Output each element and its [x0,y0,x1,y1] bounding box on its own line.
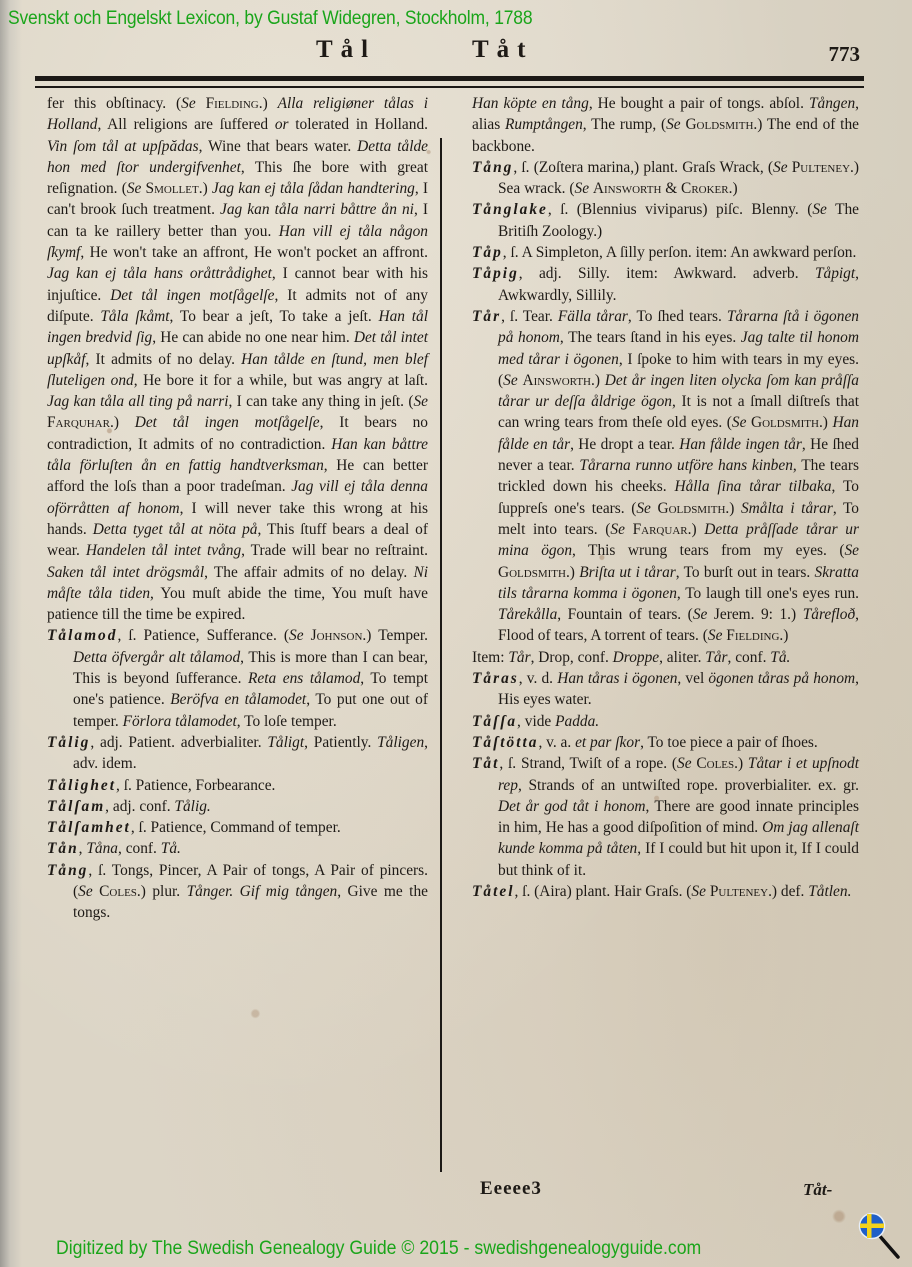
definition-text: ) [729,500,741,517]
source-reference: Farquar. [633,521,692,538]
definition-text: , ſ. (Aira) plant. Hair Graſs. ( [514,883,691,900]
swedish-phrase: Se [812,201,827,218]
source-reference: Fielding. [206,95,263,112]
definition-text: ) [203,180,212,197]
swedish-phrase: ögonen tåras på honom [708,670,855,687]
swedish-phrase: et par ſkor [575,734,640,751]
definition-text: , To toe piece a pair of ſhoes. [640,734,818,751]
dictionary-entry: Tåſſa, vide Padda. [472,711,859,732]
headword: Tång [472,159,513,176]
definition-text: , vel [677,670,708,687]
swedish-phrase: Se [708,627,723,644]
definition-text: ) def. [772,883,808,900]
headword: Tåſſa [472,713,517,730]
page-number: 773 [829,42,861,67]
swedish-phrase: Saken tål intet drögsmål [47,564,204,581]
definition-text: , ſ. (Zoſtera marina,) plant. Graſs Wrac… [513,159,773,176]
definition-text: , Fountain of tears. ( [557,606,693,623]
definition-text: , To loſe temper. [237,713,337,730]
dictionary-entry: Item: Tår, Drop, conf. Droppe, aliter. T… [472,647,859,668]
definition-text: , This wrung tears from my eyes. ( [572,542,844,559]
swedish-phrase: Reta ens tålamod [248,670,360,687]
definition-text: ) [738,755,748,772]
swedish-phrase: Tåla ſkåmt [100,308,169,325]
entry-continuation: fer this obſtinacy. (Se Fielding.) Alla … [47,93,428,625]
definition-text: , v. a. [538,734,575,751]
swedish-phrase: Jag kan ej tåla ſådan handtering [212,180,415,197]
swedish-phrase: Se [691,883,706,900]
swedish-phrase: Han tåras i ögonen [557,670,677,687]
definition-text: , ſ. Patience, Sufferance. ( [117,627,289,644]
definition-text: , ſ. Patience, Forbearance. [116,777,275,794]
definition-text: , He bought a pair of tongs. abſol. [589,95,809,112]
definition-text: Jerem. 9: 1.) [707,606,802,623]
source-reference: Ainsworth & Croker. [593,180,733,197]
dictionary-entry: Tång, ſ. (Zoſtera marina,) plant. Graſs … [472,157,859,200]
dictionary-entry: Tång, ſ. Tongs, Pincer, A Pair of tongs,… [47,860,428,924]
definition-text: , The affair admits of no delay. [204,564,413,581]
definition-text: ) [732,180,737,197]
swedish-phrase: Förlora tålamodet [123,713,237,730]
definition-text: , To burſt out in tears. [676,564,815,581]
swedish-phrase: Tårekålla [498,606,557,623]
swedish-phrase: Jag kan tåla all ting på narri [47,393,229,410]
left-text-column: fer this obſtinacy. (Se Fielding.) Alla … [47,93,428,924]
definition-text: , He won't take an affront, He won't poc… [80,244,428,261]
swedish-phrase: Tåtlen. [808,883,851,900]
dictionary-entry: Tålighet, ſ. Patience, Forbearance. [47,775,428,796]
swedish-phrase: Det år god tåt i honom [498,798,646,815]
swedish-phrase: Se [575,180,590,197]
definition-text: , conf. [118,840,161,857]
definition-text: , He bore it for a while, but was angry … [134,372,428,389]
headword: Tår [472,308,501,325]
signature-mark: Eeeee3 [480,1178,542,1200]
swedish-phrase: Se [503,372,518,389]
swedish-phrase: Se [636,500,651,517]
swedish-phrase: Se [693,606,708,623]
headword: Tålſamhet [47,819,131,836]
definition-text: , To bear a jeſt, To take a jeſt. [170,308,379,325]
swedish-phrase: Se [413,393,428,410]
headword: Tålighet [47,777,116,794]
right-text-column: Han köpte en tång, He bought a pair of t… [472,93,859,902]
dictionary-entry: Tålig, adj. Patient. adverbialiter. Tåli… [47,732,428,775]
swedish-phrase: Tå. [770,649,790,666]
definition-text: , The rump, ( [583,116,666,133]
definition-text: , Patiently. [304,734,377,751]
definition-text: , ſ. (Blennius viviparus) piſc. Blenny. … [548,201,812,218]
definition-text: fer this obſtinacy. ( [47,95,181,112]
swedish-phrase: Se [289,627,304,644]
swedish-phrase: Jag kan tåla narri båttre ån ni [220,201,414,218]
definition-text: ) [570,564,579,581]
swedish-phrase: Se [773,159,788,176]
source-reference: Coles. [99,883,141,900]
definition-text: ) plur. [141,883,187,900]
swedish-phrase: Se [181,95,196,112]
swedish-phrase: Det tål ingen motſågelſe [135,414,320,431]
definition-text: , ſ. A Simpleton, A ſilly perſon. item: … [503,244,857,261]
definition-text: ) [114,414,135,431]
headword: Tånglake [472,201,548,218]
swedish-phrase: Se [127,180,142,197]
swedish-phrase: Vin ſom tål at upſpădas [47,138,199,155]
definition-text: , He can abide no one near him. [152,329,354,346]
entry-continuation: Han köpte en tång, He bought a pair of t… [472,93,859,157]
swedish-phrase: Tårefloð [803,606,855,623]
source-reference: Goldsmith. [498,564,570,581]
swedish-phrase: Tår [508,649,530,666]
definition-text: , He dropt a tear. [570,436,679,453]
definition-text: , adj. conf. [105,798,174,815]
definition-text: , The tears ſtand in his eyes. [560,329,741,346]
definition-text [304,627,311,644]
dictionary-entry: Tåt, ſ. Strand, Twiſt of a rope. (Se Col… [472,753,859,881]
definition-text: , It admits of no delay. [85,351,241,368]
swedish-phrase: Tålig. [174,798,210,815]
definition-text: ) [783,627,788,644]
swedish-phrase: Tåligt [267,734,304,751]
swedish-phrase: Fälla tårar [558,308,628,325]
headword: Tålamod [47,627,117,644]
definition-text: , conf. [728,649,771,666]
swedish-phrase: Han fålde ingen tår [679,436,802,453]
definition-text: Item: [472,649,508,666]
catchword: Tåt- [803,1180,832,1200]
source-reference: Fielding. [726,627,783,644]
definition-text: , v. d. [519,670,557,687]
headword: Tålſam [47,798,105,815]
swedish-flag-magnifier-icon [858,1212,902,1260]
definition-text: , aliter. [659,649,705,666]
definition-text: , To laugh till one's eyes run. [677,585,859,602]
swedish-phrase: Tåna [86,840,118,857]
guide-word-right: Tåt [472,36,534,64]
definition-text: , ſ. Patience, Command of temper. [131,819,341,836]
swedish-phrase: Briſta ut i tårar [579,564,676,581]
swedish-phrase: Se [732,414,747,431]
dictionary-entry: Tålamod, ſ. Patience, Sufferance. (Se Jo… [47,625,428,731]
definition-text: ) [263,95,278,112]
dictionary-entry: Tåras, v. d. Han tåras i ögonen, vel ögo… [472,668,859,711]
swedish-phrase: Se [666,116,681,133]
dictionary-entry: Tålſamhet, ſ. Patience, Command of tempe… [47,817,428,838]
swedish-phrase: Tånger. Gif mig tången [187,883,338,900]
dictionary-entry: Tåp, ſ. A Simpleton, A ſilly perſon. ite… [472,242,859,263]
swedish-phrase: Beröfva en tålamodet [170,691,306,708]
dictionary-entry: Tålſam, adj. conf. Tålig. [47,796,428,817]
headword: Tåpig [472,265,519,282]
source-reference: Farquhar. [47,414,114,431]
running-head: Tål Tåt 773 [0,36,912,72]
source-reference: Smollet. [146,180,203,197]
swedish-phrase: Tårarna runno utföre hans kinben [579,457,792,474]
definition-text: , adj. Patient. adverbialiter. [90,734,267,751]
swedish-phrase: Smålta i tårar [741,500,833,517]
swedish-phrase: Padda. [555,713,599,730]
swedish-phrase: Handelen tål intet tvång [86,542,241,559]
swedish-phrase: Se [78,883,93,900]
swedish-phrase: Tår [705,649,727,666]
source-reference: Goldsmith. [657,500,729,517]
source-reference: Johnson. [311,627,367,644]
definition-text: , Drop, conf. [531,649,613,666]
definition-text: ) [691,521,704,538]
swedish-phrase: Hålla ſina tårar tilbaka [674,478,831,495]
swedish-phrase: Tången [809,95,855,112]
definition-text: , I can take any thing in jeſt. ( [229,393,414,410]
headword: Tåras [472,670,519,687]
headword: Tån [47,840,79,857]
dictionary-entry: Tår, ſ. Tear. Fälla tårar, To ſhed tears… [472,306,859,647]
headword: Tåt [472,755,499,772]
swedish-phrase: Se [610,521,625,538]
definition-text [625,521,633,538]
definition-text: tolerated in Holland. [289,116,428,133]
column-divider [440,138,442,1172]
source-reference: Pulteney. [710,883,772,900]
dictionary-entry: Tån, Tåna, conf. Tå. [47,838,428,859]
headword: Tåtel [472,883,514,900]
digitized-by-watermark: Digitized by The Swedish Genealogy Guide… [56,1238,701,1260]
swedish-phrase: Detta öfvergår alt tålamod [73,649,240,666]
source-reference: Pulteney. [792,159,854,176]
dictionary-entry: Tåpig, adj. Silly. item: Awkward. adverb… [472,263,859,306]
definition-text: , Trade will bear no reſtraint. [241,542,428,559]
source-reference: Goldsmith. [685,116,757,133]
swedish-phrase: Han köpte en tång [472,95,589,112]
guide-word-left: Tål [316,36,376,64]
dictionary-entry: Tåtel, ſ. (Aira) plant. Hair Graſs. (Se … [472,881,859,902]
headword: Tång [47,862,88,879]
headword: Tålig [47,734,90,751]
definition-text: , adj. Silly. item: Awkward. adverb. [519,265,815,282]
swedish-phrase: Rumptången [505,116,583,133]
definition-text: , ſ. Strand, Twiſt of a rope. ( [499,755,677,772]
definition-text: , All religions are ſuffered [97,116,274,133]
definition-text: , Strands of an untwiſted rope. proverbi… [518,777,859,794]
source-reference: Coles. [696,755,738,772]
swedish-phrase: Se [677,755,692,772]
headword: Tåp [472,244,503,261]
dictionary-entry: Tåſtötta, v. a. et par ſkor, To toe piec… [472,732,859,753]
source-title-watermark: Svenskt och Engelskt Lexicon, by Gustaf … [8,8,532,30]
definition-text: , Wine that bears water. [199,138,358,155]
swedish-phrase: Tå. [161,840,181,857]
definition-text: , To ſhed tears. [628,308,727,325]
definition-text: ) Temper. [366,627,428,644]
swedish-phrase: Tåpigt [815,265,855,282]
scanned-dictionary-page: Svenskt och Engelskt Lexicon, by Gustaf … [0,0,912,1267]
swedish-phrase: Droppe [613,649,659,666]
source-reference: Goldsmith. [751,414,823,431]
header-double-rule [35,76,864,88]
definition-text [196,95,206,112]
definition-text: ) [595,372,605,389]
swedish-phrase: or [275,116,289,133]
definition-text: , vide [517,713,555,730]
swedish-phrase: Det tål ingen motſågelſe [110,287,274,304]
swedish-phrase: Tåligen [377,734,424,751]
headword: Tåſtötta [472,734,538,751]
swedish-phrase: Jag kan ej tåla hans oråttrådighet [47,265,272,282]
dictionary-entry: Tånglake, ſ. (Blennius viviparus) piſc. … [472,199,859,242]
source-reference: Ainsworth. [522,372,594,389]
swedish-phrase: Detta tyget tål at nöta på [93,521,258,538]
definition-text: , ſ. Tear. [501,308,558,325]
swedish-phrase: Se [844,542,859,559]
